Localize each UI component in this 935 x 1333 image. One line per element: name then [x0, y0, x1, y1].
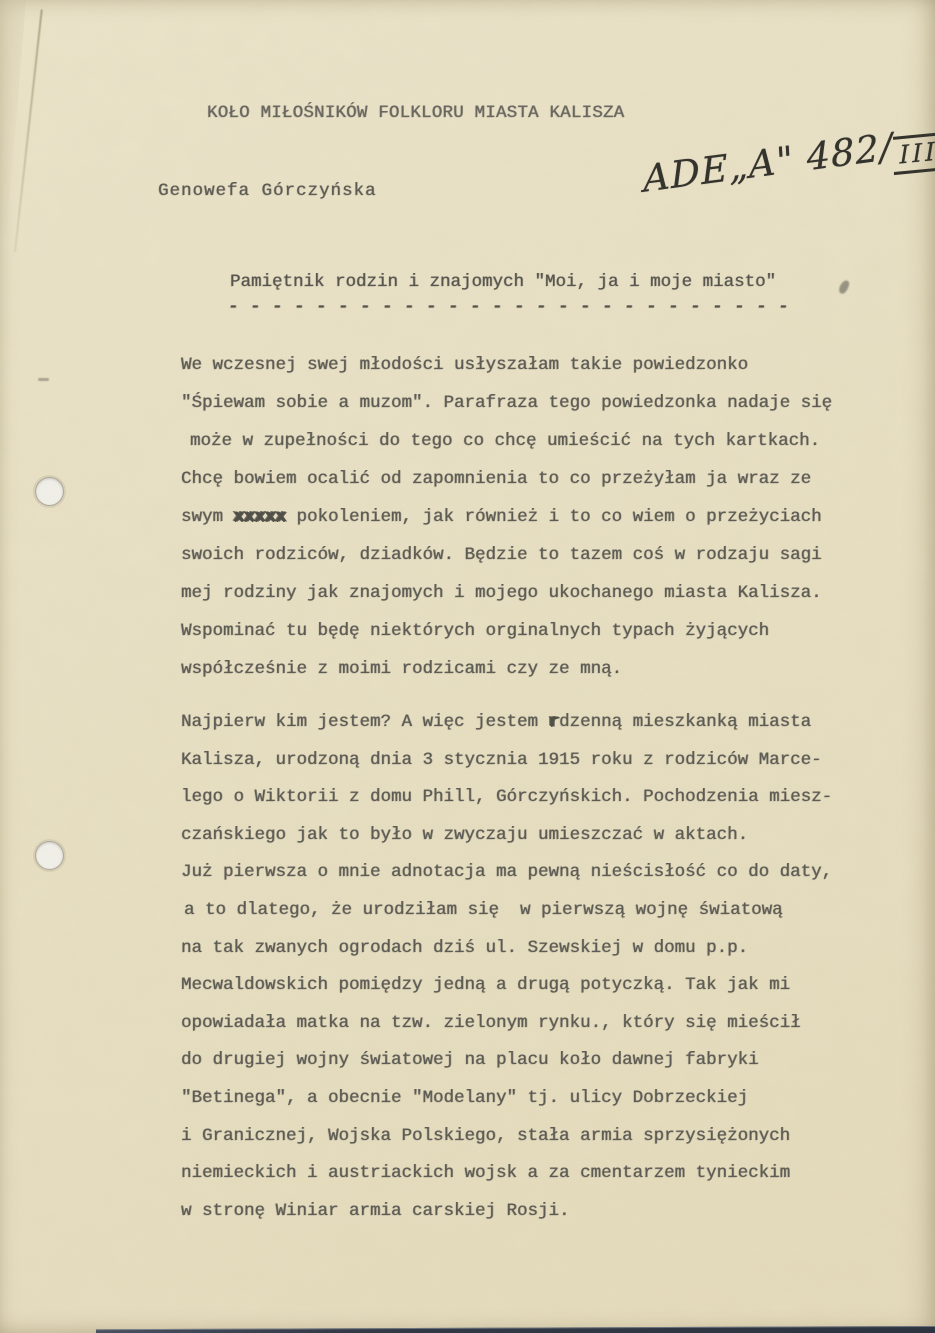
typed-line: Wspominać tu będę niektórych orginalnych… — [181, 612, 881, 650]
typed-line: do drugiej wojny światowej na placu koło… — [181, 1041, 881, 1079]
stray-pencil-mark — [38, 378, 49, 381]
typed-line: lego o Wiktorii z domu Phill, Górczyński… — [181, 778, 881, 816]
memoir-paragraph-1: We wczesnej swej młodości usłyszałam tak… — [181, 346, 881, 688]
handwritten-archive-number: ADE„A" 482/III — [642, 118, 935, 209]
typed-line: a to dlatego, że urodziłam się w pierwsz… — [184, 891, 881, 929]
archive-number-main: ADE„A" 482/ — [642, 125, 895, 201]
typed-line: swym xxxxx pokoleniem, jak również i to … — [181, 498, 881, 536]
memoir-paragraph-2: Najpierw kim jestem? A więc jestem rdzen… — [181, 703, 881, 1229]
author-name: Genowefa Górczyńska — [158, 172, 377, 210]
typed-line: na tak zwanych ogrodach dziś ul. Szewski… — [181, 929, 881, 967]
typed-line: "Betinega", a obecnie "Modelany" tj. uli… — [181, 1079, 881, 1117]
title-dashed-underline: - - - - - - - - - - - - - - - - - - - - … — [228, 288, 789, 326]
organization-header: KOŁO MIŁOŚNIKÓW FOLKLORU MIASTA KALISZA — [207, 94, 624, 132]
typed-line: mej rodziny jak znajomych i mojego ukoch… — [181, 574, 881, 612]
typed-line: Mecwaldowskich pomiędzy jedną a drugą po… — [181, 966, 881, 1004]
archive-number-fraction: III — [893, 132, 935, 175]
typed-line: opowiadała matka na tzw. zielonym rynku.… — [181, 1004, 881, 1042]
punch-hole — [35, 841, 64, 870]
typed-line: We wczesnej swej młodości usłyszałam tak… — [181, 346, 881, 384]
typed-line: "Śpiewam sobie a muzom". Parafraza tego … — [181, 384, 881, 422]
typed-line: swoich rodziców, dziadków. Będzie to taz… — [181, 536, 881, 574]
punch-hole — [35, 477, 64, 506]
ink-smudge — [837, 279, 850, 295]
typed-line: współcześnie z moimi rodzicami czy ze mn… — [181, 650, 881, 688]
typed-line: niemieckich i austriackich wojsk a za cm… — [181, 1154, 881, 1192]
typed-line: czańskiego jak to było w zwyczaju umiesz… — [181, 816, 881, 854]
scanned-typewritten-page: KOŁO MIŁOŚNIKÓW FOLKLORU MIASTA KALISZA … — [0, 0, 935, 1333]
page-corner-crease-shadow — [0, 0, 26, 260]
typed-line: może w zupełności do tego co chcę umieśc… — [190, 422, 881, 460]
typed-line: w stronę Winiar armia carskiej Rosji. — [181, 1192, 881, 1230]
scanner-edge — [96, 1326, 935, 1333]
typed-line: Chcę bowiem ocalić od zapomnienia to co … — [181, 460, 881, 498]
typed-line: i Granicznej, Wojska Polskiego, stała ar… — [181, 1117, 881, 1155]
typed-line: Kalisza, urodzoną dnia 3 stycznia 1915 r… — [181, 741, 881, 779]
typed-line: Najpierw kim jestem? A więc jestem rdzen… — [181, 703, 881, 741]
typed-line: Już pierwsza o mnie adnotacja ma pewną n… — [181, 853, 881, 891]
